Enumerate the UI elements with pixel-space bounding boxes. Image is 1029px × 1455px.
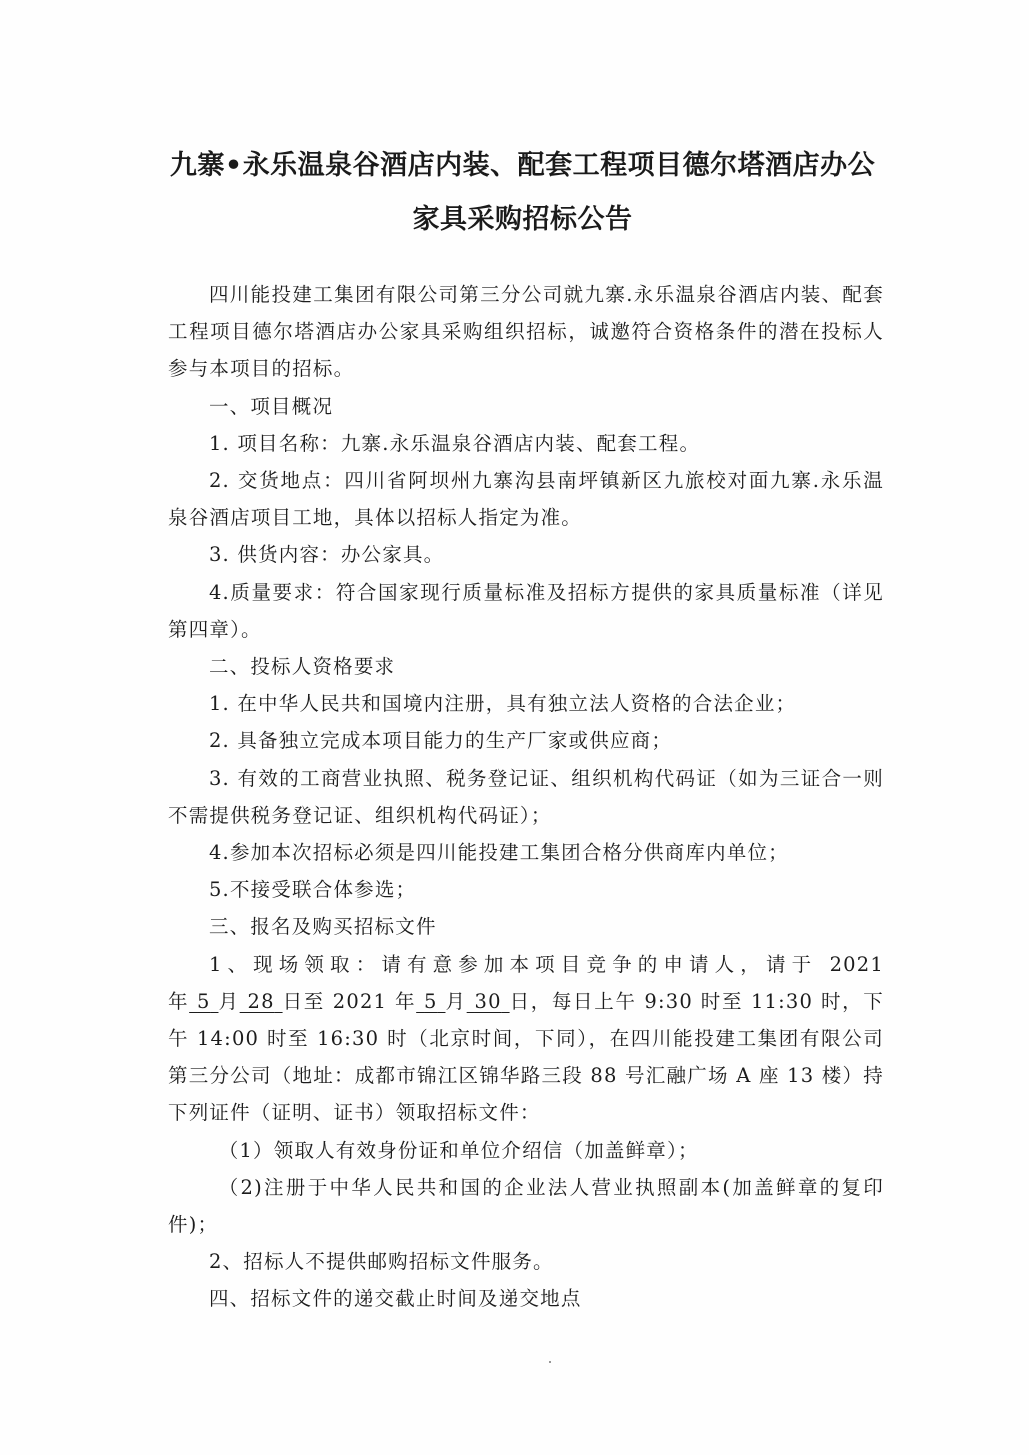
scan-speck bbox=[549, 1361, 551, 1363]
section-heading-project-overview: 一、项目概况 bbox=[168, 388, 884, 425]
intro-paragraph: 四川能投建工集团有限公司第三分公司就九寨.永乐温泉谷酒店内装、配套工程项目德尔塔… bbox=[168, 276, 884, 388]
qualification-item-1: 1. 在中华人民共和国境内注册，具有独立法人资格的合法企业； bbox=[168, 685, 884, 722]
overview-item-quality: 4.质量要求：符合国家现行质量标准及招标方提供的家具质量标准（详见第四章）。 bbox=[168, 574, 884, 648]
overview-item-name: 1. 项目名称：九寨.永乐温泉谷酒店内装、配套工程。 bbox=[168, 425, 884, 462]
start-day: 28 bbox=[240, 990, 283, 1013]
document-title-line-2: 家具采购招标公告 bbox=[150, 197, 895, 236]
document-title-line-1: 九寨•永乐温泉谷酒店内装、配套工程项目德尔塔酒店办公 bbox=[150, 143, 895, 182]
end-day: 30 bbox=[467, 990, 510, 1013]
required-document-1: （1）领取人有效身份证和单位介绍信（加盖鲜章）； bbox=[168, 1132, 884, 1169]
date-to-text: 日至 2021 年 bbox=[283, 990, 417, 1013]
document-page: 九寨•永乐温泉谷酒店内装、配套工程项目德尔塔酒店办公 家具采购招标公告 四川能投… bbox=[0, 0, 1029, 1455]
section-heading-qualifications: 二、投标人资格要求 bbox=[168, 648, 884, 685]
start-month: 5 bbox=[189, 990, 218, 1013]
registration-onsite-paragraph: 1、现场领取：请有意参加本项目竞争的申请人，请于 2021 年 5 月 28 日… bbox=[168, 946, 884, 1132]
overview-item-location: 2. 交货地点：四川省阿坝州九寨沟县南坪镇新区九旅校对面九寨.永乐温泉谷酒店项目… bbox=[168, 462, 884, 536]
section-heading-submission: 四、招标文件的递交截止时间及递交地点 bbox=[168, 1280, 884, 1317]
month-char-2: 月 bbox=[446, 990, 467, 1013]
qualification-item-5: 5.不接受联合体参选； bbox=[168, 871, 884, 908]
qualification-item-3: 3. 有效的工商营业执照、税务登记证、组织机构代码证（如为三证合一则不需提供税务… bbox=[168, 760, 884, 834]
end-month: 5 bbox=[416, 990, 445, 1013]
document-body: 四川能投建工集团有限公司第三分公司就九寨.永乐温泉谷酒店内装、配套工程项目德尔塔… bbox=[168, 276, 884, 1318]
qualification-item-4: 4.参加本次招标必须是四川能投建工集团合格分供商库内单位； bbox=[168, 834, 884, 871]
month-char: 月 bbox=[218, 990, 239, 1013]
qualification-item-2: 2. 具备独立完成本项目能力的生产厂家或供应商； bbox=[168, 722, 884, 759]
no-mail-order-note: 2、招标人不提供邮购招标文件服务。 bbox=[168, 1243, 884, 1280]
section-heading-registration: 三、报名及购买招标文件 bbox=[168, 908, 884, 945]
required-document-2: （2)注册于中华人民共和国的企业法人营业执照副本(加盖鲜章的复印件)； bbox=[168, 1169, 884, 1243]
overview-item-content: 3. 供货内容：办公家具。 bbox=[168, 536, 884, 573]
